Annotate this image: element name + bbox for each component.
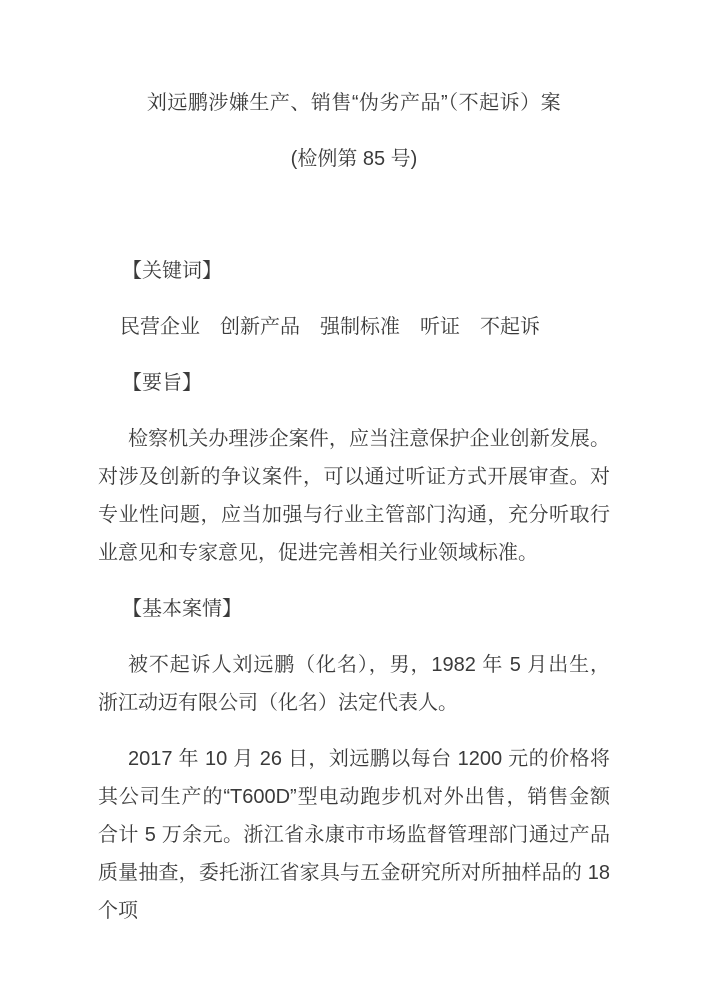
blank-line (98, 196, 610, 234)
basic-facts-paragraph-2: 2017 年 10 月 26 日，刘远鹏以每台 1200 元的价格将其公司生产的… (98, 740, 610, 930)
keywords-list: 民营企业 创新产品 强制标准 听证 不起诉 (98, 308, 610, 346)
section-heading-basic-facts: 【基本案情】 (98, 590, 610, 628)
basic-facts-paragraph-1: 被不起诉人刘远鹏（化名），男，1982 年 5 月出生，浙江动迈有限公司（化名）… (98, 646, 610, 722)
section-heading-gist: 【要旨】 (98, 364, 610, 402)
case-number: (检例第 85 号) (98, 140, 610, 178)
gist-paragraph: 检察机关办理涉企案件，应当注意保护企业创新发展。对涉及创新的争议案件，可以通过听… (98, 420, 610, 572)
section-heading-keywords: 【关键词】 (98, 252, 610, 290)
document-page: 刘远鹏涉嫌生产、销售“伪劣产品”（不起诉）案 (检例第 85 号) 【关键词】 … (0, 0, 707, 999)
document-title: 刘远鹏涉嫌生产、销售“伪劣产品”（不起诉）案 (98, 84, 610, 122)
